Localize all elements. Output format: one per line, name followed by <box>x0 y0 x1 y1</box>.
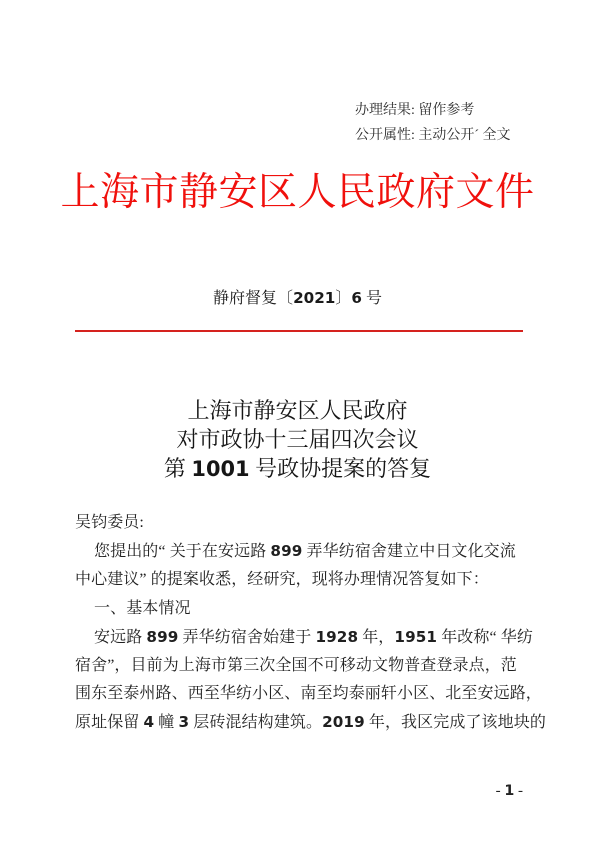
salutation-line: 吴钧委员: <box>75 509 527 537</box>
reply-title: 上海市静安区人民政府 对市政协十三届四次会议 第 1001 号政协提案的答复 <box>0 396 595 484</box>
body-line: 安远路 899 弄华纺宿舍始建于 1928 年，1951 年改称“ 华纺 <box>75 623 527 652</box>
body-text: 吴钧委员: 您提出的“ 关于在安远路 899 弄华纺宿舍建立中日文化交流 中心建… <box>75 509 527 738</box>
document-page: 办理结果: 留作参考 公开属性: 主动公开´ 全文 上海市静安区人民政府文件 静… <box>0 0 595 842</box>
page-number: - 1 - <box>496 783 523 799</box>
body-line: 原址保留 4 幢 3 层砖混结构建筑。2019 年，我区完成了该地块的 <box>75 708 527 737</box>
body-line: 围东至泰州路、西至华纺小区、南至均泰丽轩小区、北至安远路， <box>75 680 527 708</box>
meta-block: 办理结果: 留作参考 公开属性: 主动公开´ 全文 <box>355 98 511 148</box>
letterhead-title: 上海市静安区人民政府文件 <box>0 171 595 215</box>
reply-title-line3: 第 1001 号政协提案的答复 <box>0 454 595 484</box>
section-heading-line: 一、基本情况 <box>75 595 527 623</box>
reply-title-line2: 对市政协十三届四次会议 <box>0 425 595 454</box>
body-line: 您提出的“ 关于在安远路 899 弄华纺宿舍建立中日文化交流 <box>75 537 527 566</box>
body-line: 中心建议” 的提案收悉，经研究，现将办理情况答复如下： <box>75 566 527 594</box>
body-line: 宿舍”，目前为上海市第三次全国不可移动文物普查登录点，范 <box>75 652 527 680</box>
publicity-attribute-line: 公开属性: 主动公开´ 全文 <box>355 123 511 148</box>
reply-title-line1: 上海市静安区人民政府 <box>0 396 595 425</box>
document-number: 静府督复〔2021〕6 号 <box>0 287 595 310</box>
handling-result-line: 办理结果: 留作参考 <box>355 98 511 123</box>
red-divider-rule <box>75 330 523 332</box>
